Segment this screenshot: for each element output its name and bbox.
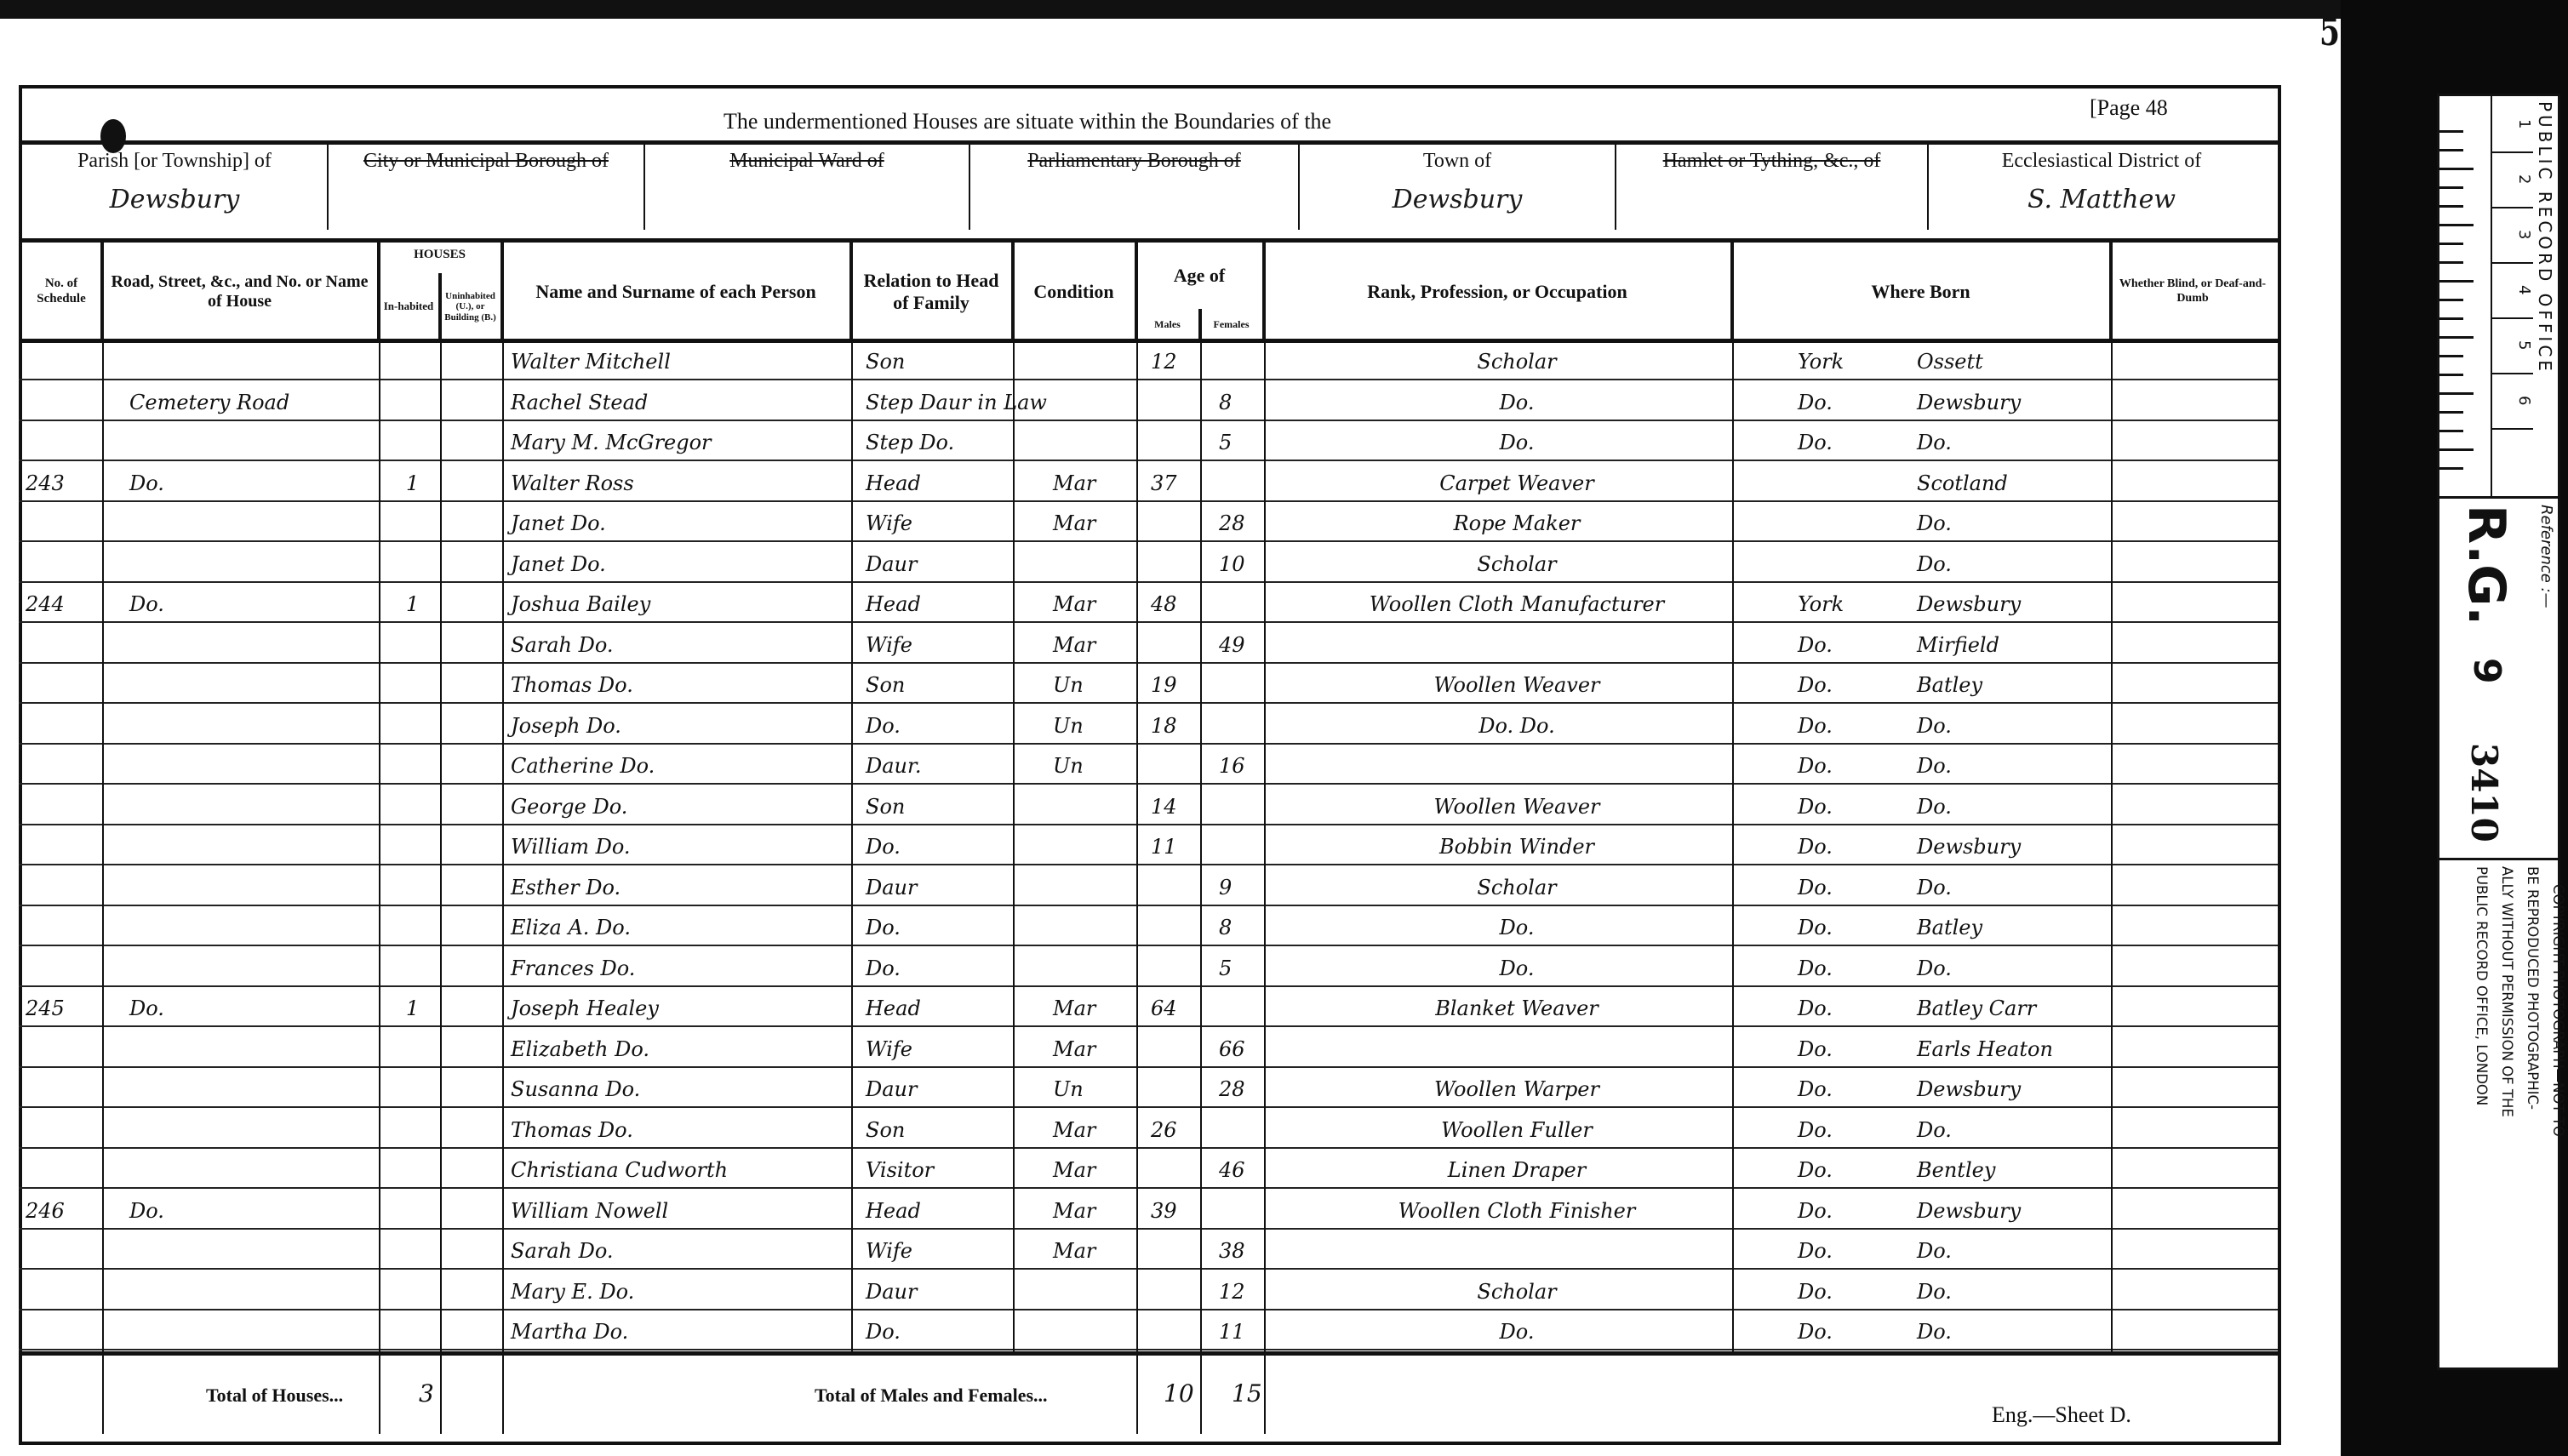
table-row: Thomas Do. Son Mar 26 Woollen Fuller Do.…	[19, 1119, 2278, 1149]
cell-occupation: Do.	[1295, 1321, 1738, 1349]
column-rule	[440, 273, 442, 1434]
cell-occupation: Scholar	[1295, 351, 1738, 379]
cell-occupation: Do.	[1295, 957, 1738, 985]
cell-occupation: Woollen Weaver	[1295, 674, 1738, 702]
header-occupation: Rank, Profession, or Occupation	[1264, 243, 1732, 340]
cell-males: 39	[1151, 1200, 1177, 1228]
cell-name: Elizabeth Do.	[511, 1038, 649, 1066]
cell-occupation: Do.	[1295, 391, 1738, 420]
boundary-label: Parliamentary Borough of	[970, 150, 1298, 173]
cell-relation: Head	[866, 1200, 921, 1228]
column-rule	[502, 243, 504, 1434]
cell-condition: Mar	[1053, 472, 1095, 500]
cell-relation: Step Daur in Law	[866, 391, 1047, 420]
cell-condition: Mar	[1053, 1200, 1095, 1228]
column-rule	[851, 243, 853, 1351]
cell-females: 5	[1219, 957, 1232, 985]
cell-born-county: Do.	[1798, 876, 1833, 905]
table-row: Mary E. Do. Daur 12 Scholar Do. Do.	[19, 1281, 2278, 1310]
cell-road: Do.	[129, 997, 164, 1025]
cell-females: 66	[1219, 1038, 1245, 1066]
total-houses-value: 3	[419, 1379, 434, 1407]
cell-occupation: Bobbin Winder	[1295, 836, 1738, 864]
cell-born-county: Do.	[1798, 1119, 1833, 1147]
cell-relation: Son	[866, 796, 905, 824]
boundary-hamlet: Hamlet or Tything, &c., of	[1616, 145, 1929, 230]
table-row: Walter Mitchell Son 12 Scholar York Osse…	[19, 351, 2278, 380]
cell-name: Esther Do.	[511, 876, 621, 905]
cell-occupation: Scholar	[1295, 876, 1738, 905]
cell-inhabited: 1	[406, 593, 419, 621]
reference-piece: 3410	[2463, 743, 2505, 842]
cell-road: Do.	[129, 593, 164, 621]
cell-relation: Wife	[866, 1038, 912, 1066]
scale-number: 6	[2492, 373, 2533, 430]
cell-relation: Daur	[866, 1281, 917, 1309]
cell-name: Walter Mitchell	[511, 351, 671, 379]
table-row: Catherine Do. Daur. Un 16 Do. Do.	[19, 755, 2278, 785]
cell-name: Sarah Do.	[511, 1240, 614, 1268]
cell-females: 9	[1219, 876, 1232, 905]
boundary-value: S. Matthew	[1929, 185, 2274, 214]
cell-born-county: Do.	[1798, 1240, 1833, 1268]
cell-males: 26	[1151, 1119, 1177, 1147]
scan-top-edge	[0, 0, 2341, 19]
cell-females: 10	[1219, 553, 1245, 581]
cell-born-county: Do.	[1798, 796, 1833, 824]
cell-name: Martha Do.	[511, 1321, 628, 1349]
cell-born-county: Do.	[1798, 674, 1833, 702]
scale-number: 4	[2492, 262, 2533, 319]
cell-born-place: Do.	[1917, 1321, 1952, 1349]
cell-relation: Do.	[866, 836, 901, 864]
cell-born-place: Do.	[1917, 957, 1952, 985]
header-houses: HOUSES	[379, 243, 502, 273]
boundary-value: Dewsbury	[1300, 185, 1615, 214]
cell-occupation: Woollen Fuller	[1295, 1119, 1738, 1147]
boundary-label: City or Municipal Borough of	[329, 150, 643, 173]
table-row: Esther Do. Daur 9 Scholar Do. Do.	[19, 876, 2278, 906]
table-row: Thomas Do. Son Un 19 Woollen Weaver Do. …	[19, 674, 2278, 704]
cell-males: 14	[1151, 796, 1177, 824]
cell-relation: Do.	[866, 957, 901, 985]
cell-name: Janet Do.	[511, 553, 606, 581]
boundary-ecclesiastical: Ecclesiastical District of S. Matthew	[1929, 145, 2274, 230]
cell-occupation: Rope Maker	[1295, 512, 1738, 540]
cell-relation: Son	[866, 351, 905, 379]
column-rule	[1732, 243, 1734, 1351]
cell-born-county: Do.	[1798, 634, 1833, 662]
cell-born-place: Bentley	[1917, 1159, 1995, 1187]
cell-born-place: Batley	[1917, 674, 1982, 702]
column-rule	[1200, 309, 1202, 1434]
boundary-label: Town of	[1300, 150, 1615, 173]
cell-born-place: Do.	[1917, 715, 1952, 743]
cell-road: Do.	[129, 472, 164, 500]
cell-condition: Mar	[1053, 1240, 1095, 1268]
cell-males: 37	[1151, 472, 1177, 500]
cell-relation: Step Do.	[866, 431, 954, 460]
table-row: Susanna Do. Daur Un 28 Woollen Warper Do…	[19, 1078, 2278, 1108]
cell-name: Walter Ross	[511, 472, 634, 500]
cell-relation: Daur.	[866, 755, 921, 783]
cell-born-county: Do.	[1798, 1321, 1833, 1349]
cell-occupation: Woollen Cloth Finisher	[1295, 1200, 1738, 1228]
table-row: Janet Do. Wife Mar 28 Rope Maker Do.	[19, 512, 2278, 542]
cell-relation: Head	[866, 472, 921, 500]
cell-relation: Son	[866, 674, 905, 702]
cell-name: Janet Do.	[511, 512, 606, 540]
cell-born-county: Do.	[1798, 1159, 1833, 1187]
column-rule	[102, 243, 104, 1434]
table-row: Christiana Cudworth Visitor Mar 46 Linen…	[19, 1159, 2278, 1189]
cell-born-place: Dewsbury	[1917, 836, 2021, 864]
cell-occupation: Carpet Weaver	[1295, 472, 1738, 500]
cell-females: 8	[1219, 916, 1232, 945]
header-males: Males	[1136, 309, 1200, 340]
cell-females: 5	[1219, 431, 1232, 460]
cell-born-place: Do.	[1917, 796, 1952, 824]
table-row: 243 Do. 1 Walter Ross Head Mar 37 Carpet…	[19, 472, 2278, 502]
cell-born-place: Do.	[1917, 755, 1952, 783]
cell-name: Susanna Do.	[511, 1078, 640, 1106]
cell-born-place: Do.	[1917, 1240, 1952, 1268]
cell-born-place: Scotland	[1917, 472, 2008, 500]
cell-born-county: Do.	[1798, 997, 1833, 1025]
cell-born-county: York	[1798, 351, 1844, 379]
cell-occupation: Scholar	[1295, 553, 1738, 581]
page-reference: [Page 48	[2090, 95, 2168, 121]
table-row: Mary M. McGregor Step Do. 5 Do. Do. Do.	[19, 431, 2278, 461]
total-females-value: 15	[1232, 1379, 1262, 1407]
table-row: Elizabeth Do. Wife Mar 66 Do. Earls Heat…	[19, 1038, 2278, 1068]
cell-born-county: Do.	[1798, 836, 1833, 864]
cell-females: 28	[1219, 512, 1245, 540]
cell-born-place: Dewsbury	[1917, 1078, 2021, 1106]
cell-condition: Mar	[1053, 593, 1095, 621]
cell-condition: Mar	[1053, 1119, 1095, 1147]
cell-schedule: 244	[26, 593, 65, 621]
cell-schedule: 245	[26, 997, 65, 1025]
cell-born-county: Do.	[1798, 1038, 1833, 1066]
boundary-town: Town of Dewsbury	[1300, 145, 1616, 230]
cell-males: 48	[1151, 593, 1177, 621]
cell-born-place: Do.	[1917, 876, 1952, 905]
cell-born-county: Do.	[1798, 715, 1833, 743]
cell-occupation: Woollen Cloth Manufacturer	[1295, 593, 1738, 621]
cell-inhabited: 1	[406, 472, 419, 500]
boundary-label: Hamlet or Tything, &c., of	[1616, 150, 1927, 173]
table-row: 244 Do. 1 Joshua Bailey Head Mar 48 Wool…	[19, 593, 2278, 623]
cell-condition: Un	[1053, 755, 1084, 783]
cell-occupation: Woollen Warper	[1295, 1078, 1738, 1106]
header-condition: Condition	[1013, 243, 1136, 340]
cell-born-place: Ossett	[1917, 351, 1983, 379]
table-row: Sarah Do. Wife Mar 38 Do. Do.	[19, 1240, 2278, 1270]
cell-born-place: Dewsbury	[1917, 1200, 2021, 1228]
cell-relation: Head	[866, 997, 921, 1025]
cell-born-place: Do.	[1917, 1119, 1952, 1147]
cell-relation: Do.	[866, 916, 901, 945]
table-row: 245 Do. 1 Joseph Healey Head Mar 64 Blan…	[19, 997, 2278, 1027]
cell-name: Joseph Do.	[511, 715, 621, 743]
boundary-value: Dewsbury	[22, 185, 327, 214]
cell-occupation	[1295, 1240, 1738, 1268]
cell-schedule: 243	[26, 472, 65, 500]
header-schedule: No. of Schedule	[22, 243, 102, 340]
cell-schedule: 246	[26, 1200, 65, 1228]
boundary-label: Parish [or Township] of	[22, 150, 327, 173]
cell-relation: Do.	[866, 715, 901, 743]
cell-name: Thomas Do.	[511, 674, 633, 702]
header-name: Name and Surname of each Person	[502, 243, 851, 340]
cell-relation: Head	[866, 593, 921, 621]
cell-name: Eliza A. Do.	[511, 916, 631, 945]
cell-name: Joshua Bailey	[511, 593, 650, 621]
sheet-mark: Eng.—Sheet D.	[1992, 1402, 2131, 1428]
cell-occupation: Blanket Weaver	[1295, 997, 1738, 1025]
cell-condition: Mar	[1053, 997, 1095, 1025]
cell-females: 12	[1219, 1281, 1245, 1309]
cell-females: 28	[1219, 1078, 1245, 1106]
header-females: Females	[1200, 309, 1264, 340]
scale-number: 3	[2492, 207, 2533, 264]
header-inhabited: In-habited	[379, 273, 440, 340]
cell-occupation: Scholar	[1295, 1281, 1738, 1309]
boundary-ward: Municipal Ward of	[645, 145, 970, 230]
cell-born-place: Dewsbury	[1917, 391, 2021, 420]
header-age-of: Age of	[1136, 243, 1264, 309]
table-row: Frances Do. Do. 5 Do. Do. Do.	[19, 957, 2278, 987]
header-blind: Whether Blind, or Deaf-and-Dumb	[2111, 243, 2274, 340]
cell-occupation: Linen Draper	[1295, 1159, 1738, 1187]
column-rule	[1264, 243, 1266, 1434]
cell-occupation: Woollen Weaver	[1295, 796, 1738, 824]
column-rule	[379, 243, 380, 1434]
cell-born-place: Do.	[1917, 512, 1952, 540]
cell-females: 11	[1219, 1321, 1245, 1349]
cell-males: 11	[1151, 836, 1177, 864]
cell-born-county: Do.	[1798, 755, 1833, 783]
cell-name: Joseph Healey	[511, 997, 659, 1025]
cell-born-place: Batley	[1917, 916, 1982, 945]
cell-born-county: Do.	[1798, 916, 1833, 945]
stamp-office-title: PUBLIC RECORD OFFICE	[2535, 101, 2555, 374]
table-row: Eliza A. Do. Do. 8 Do. Do. Batley	[19, 916, 2278, 946]
header-uninhabited: Uninhabited (U.), or Building (B.)	[440, 273, 502, 340]
cell-relation: Daur	[866, 1078, 917, 1106]
cell-name: Thomas Do.	[511, 1119, 633, 1147]
reference-class: 9	[2465, 658, 2508, 684]
cell-name: Frances Do.	[511, 957, 635, 985]
cell-born-county: Do.	[1798, 957, 1833, 985]
cell-name: Mary E. Do.	[511, 1281, 634, 1309]
boundary-parish: Parish [or Township] of Dewsbury	[22, 145, 329, 230]
cell-name: George Do.	[511, 796, 627, 824]
cell-occupation: Do.	[1295, 431, 1738, 460]
cell-relation: Wife	[866, 634, 912, 662]
cell-condition: Mar	[1053, 512, 1095, 540]
boundary-label: Ecclesiastical District of	[1929, 150, 2274, 173]
cell-condition: Un	[1053, 715, 1084, 743]
cell-born-county: Do.	[1798, 1078, 1833, 1106]
cell-males: 18	[1151, 715, 1177, 743]
scale-number: 5	[2492, 317, 2533, 374]
table-row: William Do. Do. 11 Bobbin Winder Do. Dew…	[19, 836, 2278, 865]
cell-born-county: York	[1798, 593, 1844, 621]
cell-born-place: Batley Carr	[1917, 997, 2036, 1025]
cell-name: Sarah Do.	[511, 634, 614, 662]
total-males-value: 10	[1164, 1379, 1194, 1407]
cell-relation: Do.	[866, 1321, 901, 1349]
cell-condition: Un	[1053, 674, 1084, 702]
ruler-scale	[2439, 96, 2492, 496]
cell-relation: Daur	[866, 876, 917, 905]
scale-number: 2	[2492, 151, 2533, 208]
divider	[19, 339, 2278, 343]
cell-born-county: Do.	[1798, 1200, 1833, 1228]
total-houses-label: Total of Houses...	[206, 1385, 343, 1407]
cell-name: Catherine Do.	[511, 755, 655, 783]
table-row: Cemetery Road Rachel Stead Step Daur in …	[19, 391, 2278, 421]
cell-born-place: Do.	[1917, 553, 1952, 581]
cell-females: 16	[1219, 755, 1245, 783]
copyright-notice: COPYRIGHT PHOTOGRAPH—NOT TOBE REPRODUCED…	[2443, 866, 2568, 1137]
cell-born-county: Do.	[1798, 391, 1833, 420]
table-row: 246 Do. William Nowell Head Mar 39 Wooll…	[19, 1200, 2278, 1230]
cell-males: 12	[1151, 351, 1177, 379]
cell-name: William Nowell	[511, 1200, 668, 1228]
totals-row: Total of Houses... 3 Total of Males and …	[19, 1351, 2278, 1441]
cell-name: Rachel Stead	[511, 391, 648, 420]
column-rule	[1013, 243, 1015, 1351]
table-row: Janet Do. Daur 10 Scholar Do.	[19, 553, 2278, 583]
cell-occupation: Do. Do.	[1295, 715, 1738, 743]
cell-inhabited: 1	[406, 997, 419, 1025]
cell-relation: Wife	[866, 1240, 912, 1268]
boundary-parliamentary: Parliamentary Borough of	[970, 145, 1300, 230]
cell-born-place: Mirfield	[1917, 634, 1999, 662]
total-persons-label: Total of Males and Females...	[815, 1385, 1048, 1407]
table-row: Martha Do. Do. 11 Do. Do. Do.	[19, 1321, 2278, 1350]
boundary-municipal-borough: City or Municipal Borough of	[329, 145, 645, 230]
cell-females: 8	[1219, 391, 1232, 420]
cell-occupation	[1295, 634, 1738, 662]
column-rule	[2111, 243, 2113, 1351]
cell-females: 46	[1219, 1159, 1245, 1187]
cell-condition: Mar	[1053, 1038, 1095, 1066]
scale-number: 1	[2492, 96, 2533, 153]
column-rule	[1136, 243, 1138, 1434]
cell-males: 64	[1151, 997, 1177, 1025]
cell-name: Mary M. McGregor	[511, 431, 712, 460]
table-row: Sarah Do. Wife Mar 49 Do. Mirfield	[19, 634, 2278, 664]
cell-born-place: Do.	[1917, 431, 1952, 460]
cell-born-county: Do.	[1798, 1281, 1833, 1309]
cell-relation: Visitor	[866, 1159, 934, 1187]
cell-condition: Mar	[1053, 1159, 1095, 1187]
table-row: George Do. Son 14 Woollen Weaver Do. Do.	[19, 796, 2278, 825]
cell-name: William Do.	[511, 836, 631, 864]
cell-relation: Wife	[866, 512, 912, 540]
header-relation: Relation to Head of Family	[851, 243, 1013, 340]
cell-road: Do.	[129, 1200, 164, 1228]
cell-females: 49	[1219, 634, 1245, 662]
boundary-label: Municipal Ward of	[645, 150, 969, 173]
cell-born-county: Do.	[1798, 431, 1833, 460]
cell-road: Cemetery Road	[129, 391, 289, 420]
header-where-born: Where Born	[1732, 243, 2111, 340]
cell-condition: Mar	[1053, 634, 1095, 662]
cell-relation: Son	[866, 1119, 905, 1147]
cell-born-place: Earls Heaton	[1917, 1038, 2053, 1066]
cell-occupation	[1295, 755, 1738, 783]
cell-occupation: Do.	[1295, 916, 1738, 945]
table-row: Joseph Do. Do. Un 18 Do. Do. Do. Do.	[19, 715, 2278, 745]
public-record-office-stamp: 1 2 3 4 5 6 PUBLIC RECORD OFFICE Referen…	[2437, 94, 2560, 1370]
cell-relation: Daur	[866, 553, 917, 581]
cell-name: Christiana Cudworth	[511, 1159, 728, 1187]
cell-born-place: Do.	[1917, 1281, 1952, 1309]
header-road: Road, Street, &c., and No. or Name of Ho…	[102, 243, 379, 340]
cell-condition: Un	[1053, 1078, 1084, 1106]
cell-males: 19	[1151, 674, 1177, 702]
reference-series: R.G.	[2456, 505, 2516, 625]
cell-females: 38	[1219, 1240, 1245, 1268]
reference-label: Reference :—	[2537, 505, 2555, 608]
boundary-heading: The undermentioned Houses are situate wi…	[724, 109, 1331, 134]
cell-occupation	[1295, 1038, 1738, 1066]
cell-born-place: Dewsbury	[1917, 593, 2021, 621]
